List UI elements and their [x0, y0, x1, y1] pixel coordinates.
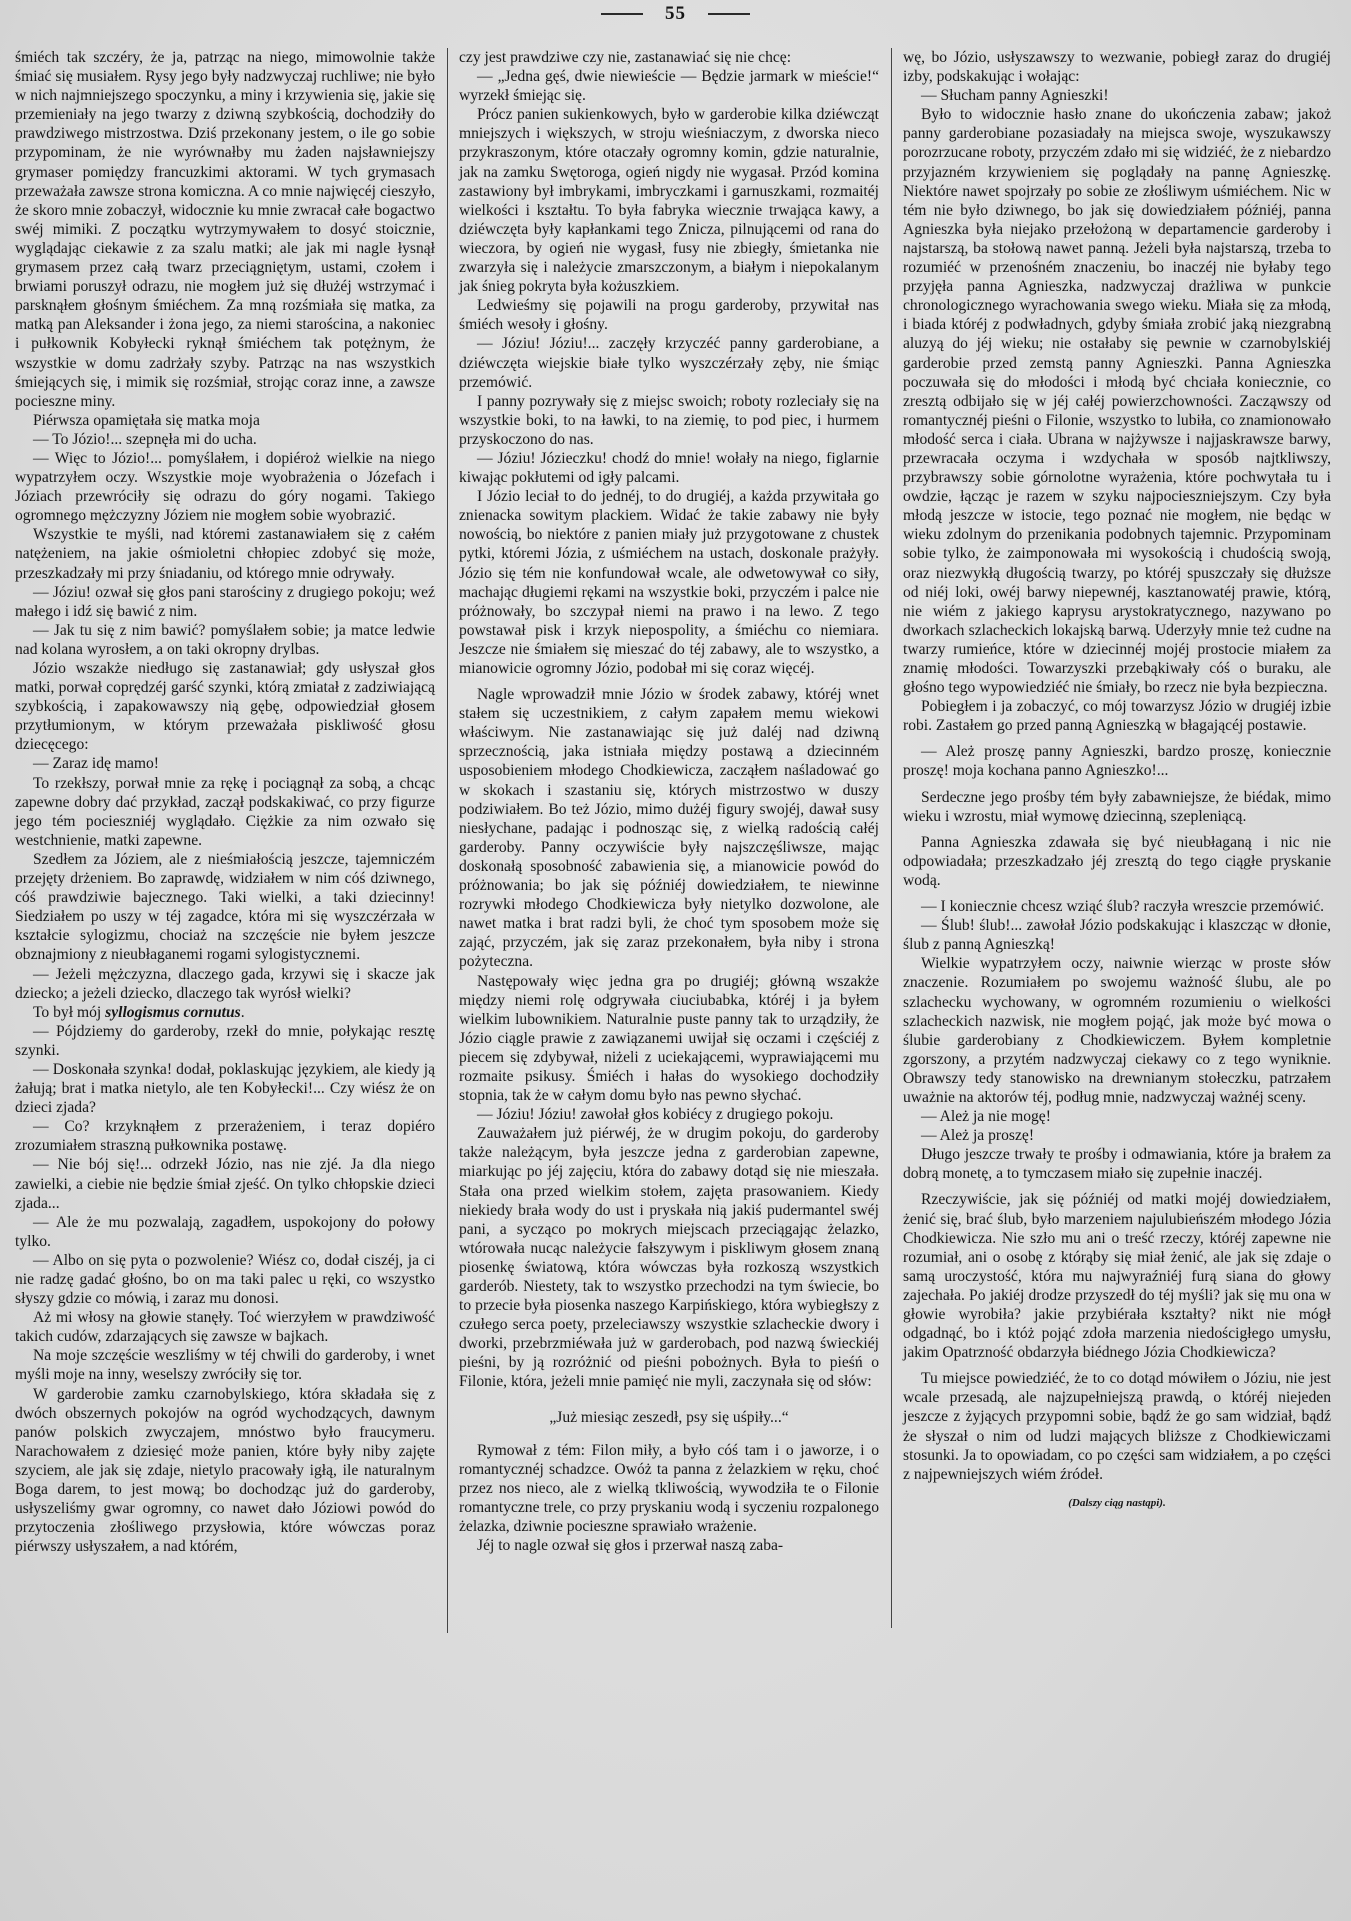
- paragraph: Piérwsza opamiętała się matka moja: [15, 411, 435, 430]
- column-2: czy jest prawdziwe czy nie, zastanawiać …: [459, 48, 879, 1555]
- paragraph: Panna Agnieszka zdawała się być nieubłag…: [903, 833, 1331, 890]
- paragraph-text: (Dalszy ciąg nastąpi).: [1068, 1497, 1165, 1509]
- paragraph: To rzekłszy, porwał mnie za rękę i pocią…: [15, 774, 435, 850]
- paragraph-text: Następowały więc jedna gra po drugiéj; g…: [459, 973, 879, 1105]
- paragraph: — Słucham panny Agnieszki!: [903, 86, 1331, 105]
- paragraph: Szedłem za Józiem, ale z nieśmiałością j…: [15, 850, 435, 965]
- paragraph: Następowały więc jedna gra po drugiéj; g…: [459, 972, 879, 1106]
- header-rule-right: [708, 13, 750, 15]
- latin-phrase: syllogismus cornutus: [105, 1004, 241, 1021]
- paragraph: Prócz panien sukienkowych, było w garder…: [459, 105, 879, 296]
- column-divider: [891, 48, 892, 1628]
- paragraph-text: Było to widocznie hasło znane do ukończe…: [903, 106, 1331, 696]
- paragraph-text: Wielkie wypatrzyłem oczy, naiwnie wierzą…: [903, 955, 1331, 1106]
- paragraph-text: — Ale że mu pozwalają, zagadłem, uspokoj…: [15, 1214, 435, 1250]
- paragraph: Ledwieśmy się pojawili na progu garderob…: [459, 296, 879, 334]
- paragraph: — Jak tu się z nim bawić? pomyślałem sob…: [15, 621, 435, 659]
- paragraph: — I koniecznie chcesz wziąć ślub? raczył…: [903, 897, 1331, 916]
- page-number: 55: [665, 3, 686, 25]
- paragraph: — „Jedna gęś, dwie niewieście — Będzie j…: [459, 67, 879, 105]
- paragraph: — Ale że mu pozwalają, zagadłem, uspokoj…: [15, 1213, 435, 1251]
- paragraph: — Pójdziemy do garderoby, rzekł do mnie,…: [15, 1022, 435, 1060]
- paragraph: — Józiu! Józiu!... zaczęły krzyczéć pann…: [459, 334, 879, 391]
- paragraph: Tu miejsce powiedziéć, że to co dotąd mó…: [903, 1369, 1331, 1484]
- paragraph-text: — Słucham panny Agnieszki!: [921, 87, 1109, 104]
- paragraph: Pobiegłem i ja zobaczyć, co mój towarzys…: [903, 697, 1331, 735]
- header-rule-left: [601, 13, 643, 15]
- column-divider: [447, 48, 448, 1633]
- paragraph-text: Jéj to nagle ozwał się głos i przerwał n…: [477, 1537, 783, 1554]
- paragraph-text: Ledwieśmy się pojawili na progu garderob…: [459, 297, 879, 333]
- continuation-note: (Dalszy ciąg nastąpi).: [903, 1494, 1331, 1513]
- paragraph-text: — Józiu! ozwał się głos pani starościny …: [15, 584, 435, 620]
- paragraph-text: — Pójdziemy do garderoby, rzekł do mnie,…: [15, 1023, 435, 1059]
- paragraph-text: — Józiu! Józieczku! chodź do mnie! wołał…: [459, 450, 879, 486]
- verse-quote: „Już miesiąc zeszedł, psy się uśpiły...“: [459, 1408, 879, 1427]
- paragraph-text: Aż mi włosy na głowie stanęły. Toć wierz…: [15, 1309, 435, 1345]
- paragraph: — Jeżeli mężczyzna, dlaczego gada, krzyw…: [15, 965, 435, 1003]
- paragraph: Długo jeszcze trwały te prośby i odmawia…: [903, 1145, 1331, 1183]
- paragraph: Zauważałem już piérwéj, że w drugim poko…: [459, 1124, 879, 1391]
- paragraph: I panny pozrywały się z miejsc swoich; r…: [459, 392, 879, 449]
- paragraph: — Albo on się pyta o pozwolenie? Wiész c…: [15, 1251, 435, 1308]
- paragraph-text: — Co? krzyknąłem z przerażeniem, i teraz…: [15, 1118, 435, 1154]
- paragraph: Na moje szczęście weszliśmy w téj chwili…: [15, 1346, 435, 1384]
- column-1: śmiéch tak szczéry, że ja, patrząc na ni…: [15, 48, 435, 1556]
- paragraph-text: Tu miejsce powiedziéć, że to co dotąd mó…: [903, 1370, 1331, 1482]
- paragraph-text: To był mój: [33, 1004, 105, 1021]
- paragraph-text: — Ależ ja nie mogę!: [921, 1108, 1051, 1125]
- paragraph: Aż mi włosy na głowie stanęły. Toć wierz…: [15, 1308, 435, 1346]
- paragraph: — Ślub! ślub!... zawołał Józio podskakuj…: [903, 916, 1331, 954]
- paragraph-text: — Nie bój się!... odrzekł Józio, nas nie…: [15, 1156, 435, 1211]
- paragraph-text: czy jest prawdziwe czy nie, zastanawiać …: [459, 49, 791, 66]
- paragraph-text: Nagle wprowadził mnie Józio w środek zab…: [459, 686, 879, 970]
- paragraph-text: Na moje szczęście weszliśmy w téj chwili…: [15, 1347, 435, 1383]
- paragraph: — Józiu! Józiu! zawołał głos kobiécy z d…: [459, 1105, 879, 1124]
- paragraph: — To Józio!... szepnęła mi do ucha.: [15, 430, 435, 449]
- paragraph: Było to widocznie hasło znane do ukończe…: [903, 105, 1331, 697]
- paragraph: Wielkie wypatrzyłem oczy, naiwnie wierzą…: [903, 954, 1331, 1107]
- paragraph-text: Panna Agnieszka zdawała się być nieubłag…: [903, 834, 1331, 889]
- paragraph: — Józiu! Józieczku! chodź do mnie! wołał…: [459, 449, 879, 487]
- paragraph: — Zaraz idę mamo!: [15, 754, 435, 773]
- paragraph: — Ależ ja proszę!: [903, 1126, 1331, 1145]
- paragraph-text: — Józiu! Józiu!... zaczęły krzyczéć pann…: [459, 335, 879, 390]
- paragraph-text: — To Józio!... szepnęła mi do ucha.: [33, 431, 257, 448]
- paragraph-text: śmiéch tak szczéry, że ja, patrząc na ni…: [15, 49, 435, 410]
- paragraph-text: Długo jeszcze trwały te prośby i odmawia…: [903, 1146, 1331, 1182]
- paragraph: czy jest prawdziwe czy nie, zastanawiać …: [459, 48, 879, 67]
- paragraph-text: wę, bo Józio, usłyszawszy to wezwanie, p…: [903, 49, 1331, 85]
- paragraph: — Nie bój się!... odrzekł Józio, nas nie…: [15, 1155, 435, 1212]
- paragraph: — Więc to Józio!... pomyślałem, i dopiér…: [15, 449, 435, 525]
- text-columns: śmiéch tak szczéry, że ja, patrząc na ni…: [13, 48, 1338, 1908]
- paragraph-text: — Ślub! ślub!... zawołał Józio podskakuj…: [903, 917, 1331, 953]
- paragraph-text: Prócz panien sukienkowych, było w garder…: [459, 106, 879, 295]
- paragraph: — Józiu! ozwał się głos pani starościny …: [15, 583, 435, 621]
- page-header: 55: [0, 2, 1351, 26]
- paragraph-text: — Jeżeli mężczyzna, dlaczego gada, krzyw…: [15, 966, 435, 1002]
- paragraph-text: Józio wszakże niedługo się zastanawiał; …: [15, 660, 435, 753]
- paragraph: wę, bo Józio, usłyszawszy to wezwanie, p…: [903, 48, 1331, 86]
- paragraph: śmiéch tak szczéry, że ja, patrząc na ni…: [15, 48, 435, 411]
- paragraph-text: Rzeczywiście, jak się późniéj od matki m…: [903, 1191, 1331, 1361]
- paragraph: Józio wszakże niedługo się zastanawiał; …: [15, 659, 435, 754]
- column-3: wę, bo Józio, usłyszawszy to wezwanie, p…: [903, 48, 1331, 1513]
- paragraph: Jéj to nagle ozwał się głos i przerwał n…: [459, 1536, 879, 1555]
- paragraph: I Józio leciał to do jednéj, to do drugi…: [459, 487, 879, 678]
- paragraph-text: To rzekłszy, porwał mnie za rękę i pocią…: [15, 775, 435, 849]
- paragraph: To był mój syllogismus cornutus.: [15, 1003, 435, 1022]
- paragraph-text: I panny pozrywały się z miejsc swoich; r…: [459, 393, 879, 448]
- paragraph-text: — „Jedna gęś, dwie niewieście — Będzie j…: [459, 68, 879, 104]
- paragraph-text: — Więc to Józio!... pomyślałem, i dopiér…: [15, 450, 435, 524]
- paragraph: — Doskonała szynka! dodał, poklaskując j…: [15, 1060, 435, 1117]
- paragraph-text: „Już miesiąc zeszedł, psy się uśpiły...“: [549, 1409, 788, 1426]
- paragraph-text: Wszystkie te myśli, nad któremi zastanaw…: [15, 526, 435, 581]
- paragraph-text: Rymował z tém: Filon miły, a było cóś ta…: [459, 1442, 879, 1535]
- paragraph-text: — Doskonała szynka! dodał, poklaskując j…: [15, 1061, 435, 1116]
- paragraph-text: — Albo on się pyta o pozwolenie? Wiész c…: [15, 1252, 435, 1307]
- paragraph-text: W garderobie zamku czarnobylskiego, któr…: [15, 1386, 435, 1556]
- paragraph: Nagle wprowadził mnie Józio w środek zab…: [459, 685, 879, 971]
- paragraph-text: Piérwsza opamiętała się matka moja: [33, 412, 260, 429]
- paragraph-text: — Zaraz idę mamo!: [33, 755, 159, 772]
- paragraph-text: I Józio leciał to do jednéj, to do drugi…: [459, 488, 879, 677]
- paragraph: Wszystkie te myśli, nad któremi zastanaw…: [15, 525, 435, 582]
- paragraph-text: .: [241, 1004, 245, 1021]
- paragraph-text: — Jak tu się z nim bawić? pomyślałem sob…: [15, 622, 435, 658]
- paragraph-text: — Józiu! Józiu! zawołał głos kobiécy z d…: [477, 1106, 833, 1123]
- paragraph-text: Pobiegłem i ja zobaczyć, co mój towarzys…: [903, 698, 1331, 734]
- paragraph-text: Serdeczne jego prośby tém były zabawniej…: [903, 789, 1331, 825]
- paragraph-text: — Ależ ja proszę!: [921, 1127, 1034, 1144]
- paragraph: — Ależ proszę panny Agnieszki, bardzo pr…: [903, 742, 1331, 780]
- paragraph: Rymował z tém: Filon miły, a było cóś ta…: [459, 1441, 879, 1536]
- paragraph-text: — I koniecznie chcesz wziąć ślub? raczył…: [921, 898, 1324, 915]
- paragraph: — Co? krzyknąłem z przerażeniem, i teraz…: [15, 1117, 435, 1155]
- paragraph-text: Zauważałem już piérwéj, że w drugim poko…: [459, 1125, 879, 1390]
- paragraph-text: — Ależ proszę panny Agnieszki, bardzo pr…: [903, 743, 1331, 779]
- paragraph-text: Szedłem za Józiem, ale z nieśmiałością j…: [15, 851, 435, 963]
- paragraph: — Ależ ja nie mogę!: [903, 1107, 1331, 1126]
- paragraph: W garderobie zamku czarnobylskiego, któr…: [15, 1385, 435, 1557]
- paragraph: Rzeczywiście, jak się późniéj od matki m…: [903, 1190, 1331, 1362]
- paragraph: Serdeczne jego prośby tém były zabawniej…: [903, 788, 1331, 826]
